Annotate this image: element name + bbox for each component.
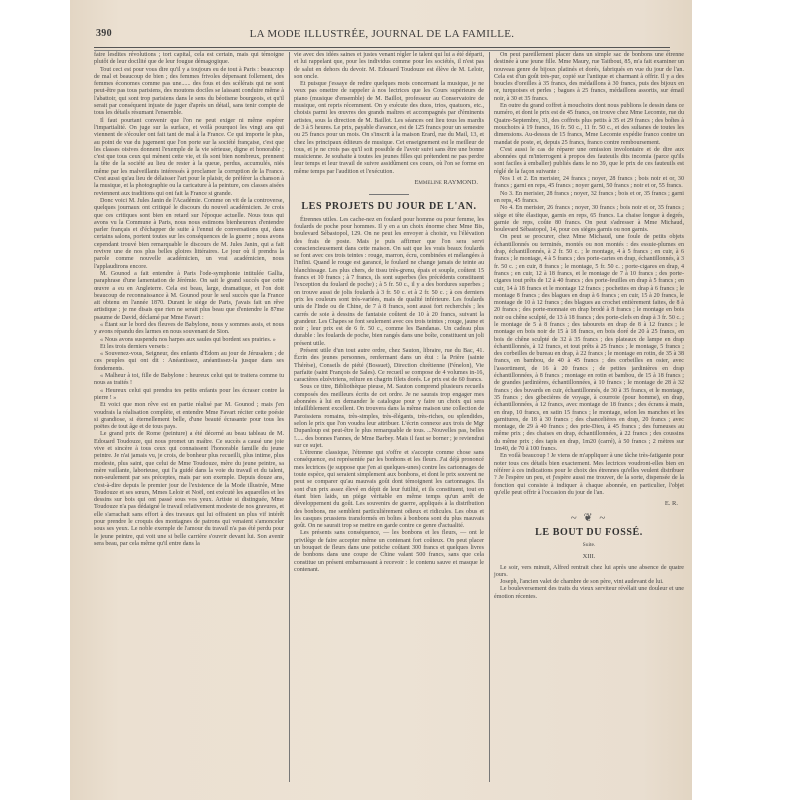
paragraph: No 4. En merisier, 26 francs ; noyer, 30…: [494, 205, 684, 234]
paragraph: « Heureux celui qui prendra tes petits e…: [94, 388, 284, 403]
paragraph: L'étrenne classique, l'étrenne qui s'off…: [294, 450, 484, 530]
column-divider: [489, 52, 490, 782]
paragraph: No 3. En merisier, 28 francs ; noyer, 32…: [494, 191, 684, 206]
newspaper-page: 390 LA MODE ILLUSTRÉE, JOURNAL DE LA FAM…: [70, 0, 692, 800]
header-rule: [94, 47, 670, 51]
paragraph: vie avec des idées saines et justes vena…: [294, 52, 484, 81]
paragraph: Le bouleversement des traits du vieux se…: [494, 586, 684, 601]
paragraph: On peut se procurer, chez Mme Michaud, u…: [494, 234, 684, 453]
paragraph: Le soir, vers minuit, Alfred rentrait ch…: [494, 565, 684, 580]
author-signature: Emmeline RAYMOND.: [294, 179, 478, 186]
paragraph: Présent utile d'un tout autre ordre, che…: [294, 348, 484, 384]
paragraph: On peut pareillement placer dans un simp…: [494, 52, 684, 103]
paragraph: « Malheur à toi, fille de Babylone : heu…: [94, 373, 284, 388]
paragraph: Sous ce titre, Bibliothèque pieuse, M. S…: [294, 384, 484, 450]
paragraph: « Souvenez-vous, Seigneur, des enfants d…: [94, 351, 284, 373]
section-divider: [369, 194, 409, 195]
journal-title: LA MODE ILLUSTRÉE, JOURNAL DE LA FAMILLE…: [94, 28, 670, 40]
paragraph: faire lesdites révolutions ; tort capita…: [94, 52, 284, 67]
paragraph: M. Gounod a fait entendre à Paris l'ode-…: [94, 271, 284, 322]
page-header: 390 LA MODE ILLUSTRÉE, JOURNAL DE LA FAM…: [94, 28, 670, 44]
paragraph: En outre du grand coffret à mouchoirs do…: [494, 103, 684, 147]
paragraph: Et puisque j'essaye de redire quelques m…: [294, 81, 484, 176]
section-title: LE BOUT DU FOSSÉ.: [494, 529, 684, 536]
paragraph: « Nous avons suspendu nos harpes aux sau…: [94, 337, 284, 344]
column-divider: [289, 52, 290, 782]
paragraph: Joseph, l'ancien valet de chambre de son…: [494, 579, 684, 586]
section-title: LES PROJETS DU JOUR DE L'AN.: [294, 203, 484, 210]
column-middle: vie avec des idées saines et justes vena…: [294, 52, 484, 574]
paragraph: « Étant sur le bord des fleuves de Babyl…: [94, 322, 284, 337]
paragraph: Il faut pourtant convenir que l'on ne pe…: [94, 118, 284, 198]
column-right: On peut pareillement placer dans un simp…: [494, 52, 684, 601]
paragraph: Donc voici M. Jules Janin de l'Académie.…: [94, 198, 284, 271]
paragraph: C'est aussi le cas de réparer une omissi…: [494, 147, 684, 176]
ornament-divider-icon: ~ ❦ ~: [494, 515, 684, 522]
author-signature: E. R.: [494, 500, 678, 507]
paragraph: Le grand prix de Rome (peinture) a été d…: [94, 431, 284, 548]
chapter-number: XIII.: [494, 553, 684, 560]
paragraph: Les présents sans conséquence, — les bon…: [294, 530, 484, 574]
paragraph: En voilà beaucoup ! Je viens de m'appliq…: [494, 453, 684, 497]
column-left: faire lesdites révolutions ; tort capita…: [94, 52, 284, 548]
section-subtitle: Suite.: [494, 542, 684, 549]
paragraph: Et voici que mon rêve est en partie réal…: [94, 402, 284, 431]
paragraph: Tout ceci est pour vous dire qu'il y a t…: [94, 67, 284, 118]
paragraph: Étrennes utiles. Les cache-nez en foular…: [294, 217, 484, 348]
paragraph: Nos 1 et 2. En merisier, 24 francs ; noy…: [494, 176, 684, 191]
